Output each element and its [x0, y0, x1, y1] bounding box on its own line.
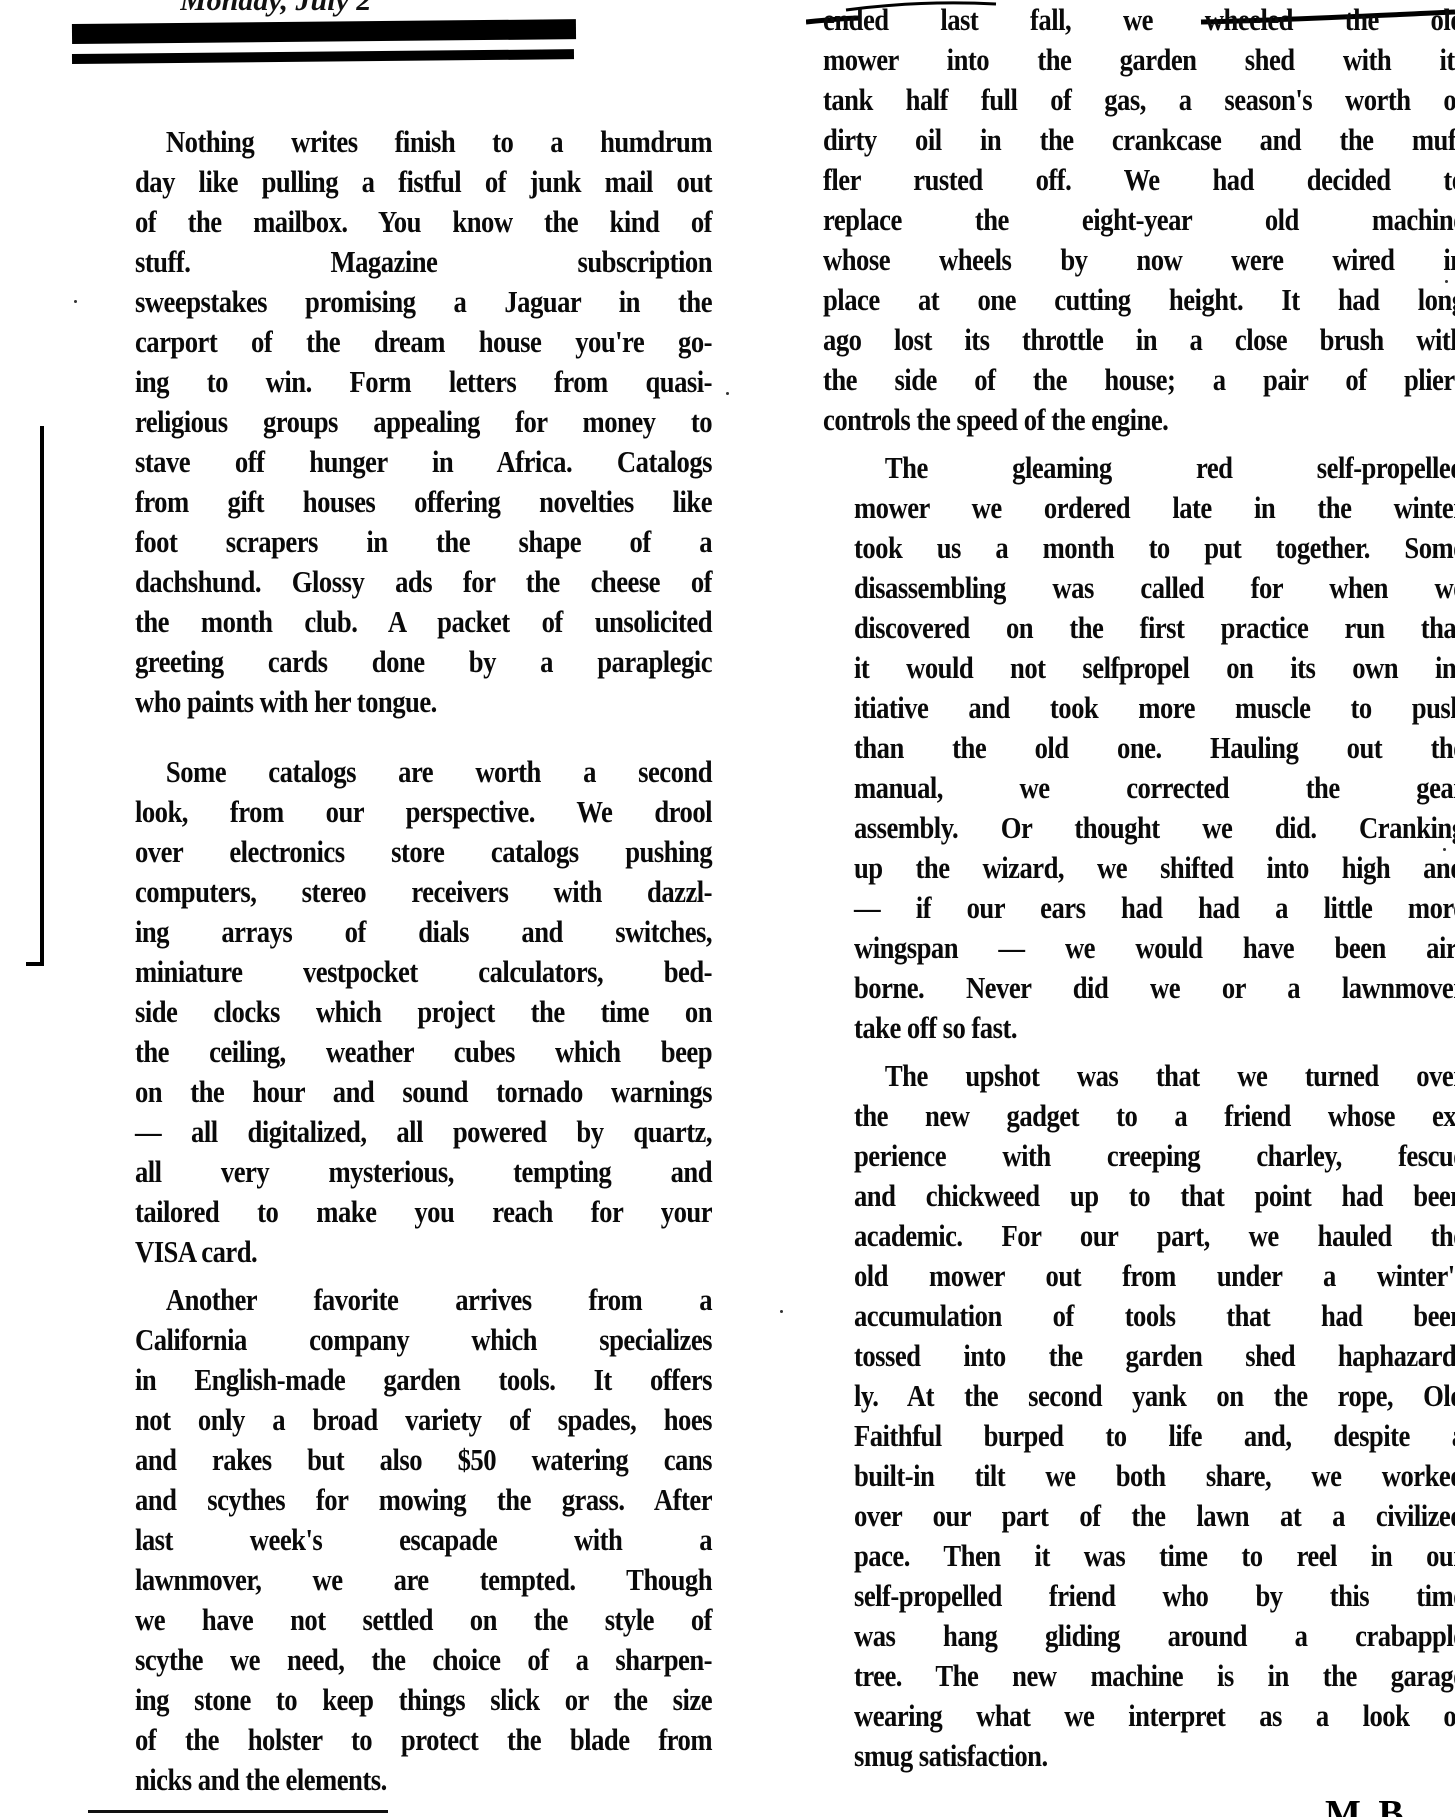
text-line: Faithful burped to life and, despite a [823, 1416, 1455, 1456]
text-line: of the holster to protect the blade from [104, 1720, 712, 1760]
text-line: stave off hunger in Africa. Catalogs [104, 442, 712, 482]
text-line: greeting cards done by a paraplegic [104, 642, 712, 682]
text-line: ing arrays of dials and switches, [104, 912, 712, 952]
text-line: ing stone to keep things slick or the si… [104, 1680, 712, 1720]
text-line: smug satisfaction. [823, 1736, 1455, 1776]
text-line: California company which specializes [104, 1320, 712, 1360]
text-line: Some catalogs are worth a second [104, 752, 712, 792]
text-line: from gift houses offering novelties like [104, 482, 712, 522]
text-line: scythe we need, the choice of a sharpen- [104, 1640, 712, 1680]
article-right-column: ended last fall, we wheeled the old mowe… [823, 0, 1455, 1776]
text-line: ing to win. Form letters from quasi- [104, 362, 712, 402]
text-line: wingspan — we would have been air- [823, 928, 1455, 968]
paragraph-junk-mail: Nothing writes finish to a humdrum day l… [104, 122, 712, 722]
print-speck [1445, 280, 1448, 283]
text-line: Nothing writes finish to a humdrum [104, 122, 712, 162]
text-line: than the old one. Hauling out the [823, 728, 1455, 768]
text-line: carport of the dream house you're go- [104, 322, 712, 362]
text-line: academic. For our part, we hauled the [823, 1216, 1455, 1256]
text-line: took us a month to put together. Some [823, 528, 1455, 568]
text-line: look, from our perspective. We drool [104, 792, 712, 832]
text-line: tank half full of gas, a season's worth … [823, 80, 1455, 120]
text-line: on the hour and sound tornado warnings [104, 1072, 712, 1112]
paragraph-new-mower: The gleaming red self-propelled mower we… [823, 448, 1455, 1048]
text-line: and rakes but also $50 watering cans [104, 1440, 712, 1480]
text-line: itiative and took more muscle to push [823, 688, 1455, 728]
text-line: all very mysterious, tempting and [104, 1152, 712, 1192]
text-line: self-propelled friend who by this time [823, 1576, 1455, 1616]
text-line: built-in tilt we both share, we worked [823, 1456, 1455, 1496]
text-line: disassembling was called for when we [823, 568, 1455, 608]
text-line: nicks and the elements. [104, 1760, 712, 1800]
text-line: the new gadget to a friend whose ex- [823, 1096, 1455, 1136]
text-line: whose wheels by now were wired in [823, 240, 1455, 280]
text-line: foot scrapers in the shape of a [104, 522, 712, 562]
text-line: not only a broad variety of spades, hoes [104, 1400, 712, 1440]
text-line: perience with creeping charley, fescue [823, 1136, 1455, 1176]
print-speck [1443, 848, 1446, 851]
text-line: borne. Never did we or a lawnmover [823, 968, 1455, 1008]
text-line: in English-made garden tools. It offers [104, 1360, 712, 1400]
print-speck [780, 1310, 783, 1313]
text-line: sweepstakes promising a Jaguar in the [104, 282, 712, 322]
column-rule-thin [72, 49, 574, 64]
text-line: over electronics store catalogs pushing [104, 832, 712, 872]
text-line: The upshot was that we turned over [823, 1056, 1455, 1096]
text-line: tailored to make you reach for your [104, 1192, 712, 1232]
text-line: — if our ears had had a little more [823, 888, 1455, 928]
text-line: the ceiling, weather cubes which beep [104, 1032, 712, 1072]
text-line: and scythes for mowing the grass. After [104, 1480, 712, 1520]
author-signature: M.B. [1325, 1792, 1421, 1817]
text-line: lawnmover, we are tempted. Though [104, 1560, 712, 1600]
text-line: the side of the house; a pair of pliers [823, 360, 1455, 400]
newspaper-clipping: Monday, July 2 Nothing writes finish to … [0, 0, 1455, 1817]
text-line: — all digitalized, all powered by quartz… [104, 1112, 712, 1152]
text-line: assembly. Or thought we did. Cranking [823, 808, 1455, 848]
text-line: of the mailbox. You know the kind of [104, 202, 712, 242]
text-line: tree. The new machine is in the garage [823, 1656, 1455, 1696]
text-line: religious groups appealing for money to [104, 402, 712, 442]
text-line: the month club. A packet of unsolicited [104, 602, 712, 642]
paragraph-upshot: The upshot was that we turned over the n… [823, 1056, 1455, 1776]
text-line: over our part of the lawn at a civilized [823, 1496, 1455, 1536]
margin-bracket-foot [26, 962, 44, 966]
margin-bracket-mark [40, 426, 44, 966]
print-speck [726, 392, 729, 395]
text-line: was hang gliding around a crabapple [823, 1616, 1455, 1656]
text-line: up the wizard, we shifted into high and [823, 848, 1455, 888]
text-line: manual, we corrected the gear [823, 768, 1455, 808]
article-left-column: Nothing writes finish to a humdrum day l… [104, 122, 712, 1800]
print-speck [74, 300, 77, 303]
text-line: side clocks which project the time on [104, 992, 712, 1032]
text-line: place at one cutting height. It had long [823, 280, 1455, 320]
text-line: VISA card. [104, 1232, 712, 1272]
text-line: and chickweed up to that point had been [823, 1176, 1455, 1216]
paragraph-garden-tools: Another favorite arrives from a Californ… [104, 1280, 712, 1800]
text-line: last week's escapade with a [104, 1520, 712, 1560]
text-line: The gleaming red self-propelled [823, 448, 1455, 488]
text-line: fler rusted off. We had decided to [823, 160, 1455, 200]
text-line: we have not settled on the style of [104, 1600, 712, 1640]
text-line: ly. At the second yank on the rope, Old [823, 1376, 1455, 1416]
text-line: old mower out from under a winter's [823, 1256, 1455, 1296]
text-line: replace the eight-year old machine [823, 200, 1455, 240]
text-line: wearing what we interpret as a look of [823, 1696, 1455, 1736]
text-line: take off so fast. [823, 1008, 1455, 1048]
text-line: accumulation of tools that had been [823, 1296, 1455, 1336]
text-line: ago lost its throttle in a close brush w… [823, 320, 1455, 360]
text-line: it would not selfpropel on its own in- [823, 648, 1455, 688]
text-line: miniature vestpocket calculators, bed- [104, 952, 712, 992]
text-line: computers, stereo receivers with dazzl- [104, 872, 712, 912]
text-line: controls the speed of the engine. [823, 400, 1455, 440]
paragraph-catalogs: Some catalogs are worth a second look, f… [104, 752, 712, 1272]
paragraph-old-mower: ended last fall, we wheeled the old mowe… [823, 0, 1455, 440]
text-line: pace. Then it was time to reel in our [823, 1536, 1455, 1576]
text-line: stuff. Magazine subscription [104, 242, 712, 282]
text-line: discovered on the first practice run tha… [823, 608, 1455, 648]
text-line: tossed into the garden shed haphazard- [823, 1336, 1455, 1376]
text-line: who paints with her tongue. [104, 682, 712, 722]
bottom-rule [88, 1810, 388, 1813]
dateline-fragment: Monday, July 2 [180, 0, 371, 18]
column-rule-thick [72, 19, 576, 44]
text-line: day like pulling a fistful of junk mail … [104, 162, 712, 202]
text-line: dachshund. Glossy ads for the cheese of [104, 562, 712, 602]
text-line: ended last fall, we wheeled the old [823, 0, 1455, 40]
text-line: Another favorite arrives from a [104, 1280, 712, 1320]
text-line: mower into the garden shed with its [823, 40, 1455, 80]
text-line: dirty oil in the crankcase and the muf- [823, 120, 1455, 160]
text-line: mower we ordered late in the winter [823, 488, 1455, 528]
